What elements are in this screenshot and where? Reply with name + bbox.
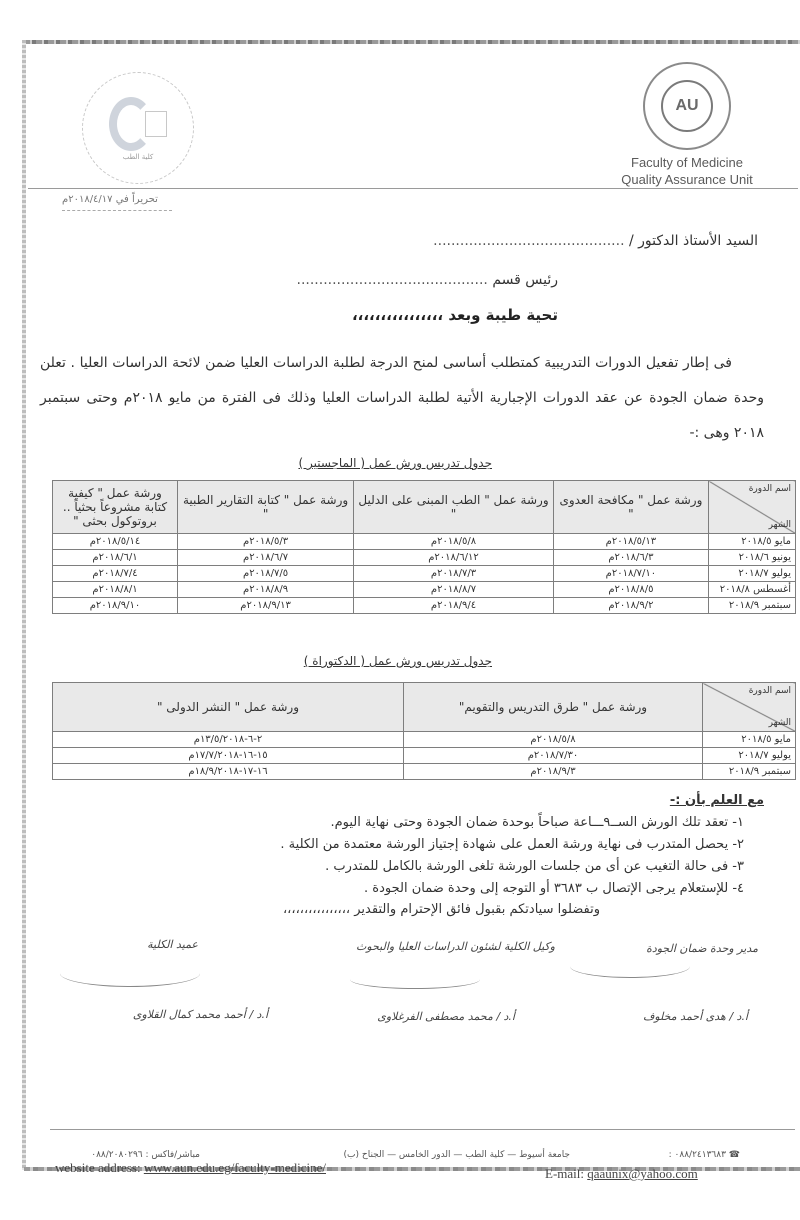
date-cell: ١٥-١٦-١٧/٧/٢٠١٨م [53,748,404,764]
date-cell: ٢٠١٨/٩/٤م [354,598,554,614]
date-cell: ٢٠١٨/٩/٣م [404,764,703,780]
footer-divider [50,1129,795,1130]
month-cell: مايو ٢٠١٨/٥ [703,732,796,748]
month-cell: يوليو ٢٠١٨/٧ [709,566,796,582]
faculty-seal-label: كلية الطب [83,153,193,161]
table-row: أغسطس ٢٠١٨/٨ ٢٠١٨/٨/٥م ٢٠١٨/٨/٧م ٢٠١٨/٨/… [53,582,796,598]
date-cell: ٢٠١٨/٧/٣م [354,566,554,582]
header-divider [28,188,798,189]
salutation: السيد الأستاذ الدكتور / ................… [433,233,758,249]
doctorate-schedule-table: اسم الدورة الشهر ورشة عمل " طرق التدريس … [52,682,796,780]
date-cell: ٢٠١٨/٧/٤م [53,566,178,582]
date-underline [62,210,172,211]
website-label: website address: [55,1160,141,1175]
column-header: ورشة عمل " النشر الدولى " [53,683,404,732]
salutation-text: السيد الأستاذ الدكتور / [629,233,758,249]
au-seal-icon: AU [643,62,731,150]
month-cell: مايو ٢٠١٨/٥ [709,534,796,550]
note-item: ٤- للإستعلام يرجى الإتصال ب ٣٦٨٣ أو التو… [150,878,744,900]
date-cell: ٢٠١٨/٧/٣٠م [404,748,703,764]
signature-title-vice-dean: وكيل الكلية لشئون الدراسات العليا والبحو… [356,940,555,953]
corner-month-label: الشهر [769,520,791,530]
date-cell: ٢٠١٨/٨/٧م [354,582,554,598]
date-cell: ٢-٦-١٣/٥/٢٠١٨م [53,732,404,748]
email-link[interactable]: qaaunix@yahoo.com [587,1166,698,1181]
signature-scribble [570,955,690,978]
salutation-blank: ........................................… [433,233,624,249]
building-icon [145,111,167,137]
note-item: ١- تعقد تلك الورش الســ٩ـــاعة صباحاً بو… [150,812,744,834]
footer-phone: ☎ ٠٨٨/٢٤١٣٦٨٣ : [669,1150,740,1160]
column-header: ورشة عمل " طرق التدريس والتقويم" [404,683,703,732]
page-border-top [24,40,800,44]
letter-body-text: فى إطار تفعيل الدورات التدريبية كمتطلب أ… [40,346,764,451]
signature-scribble [60,960,200,987]
table-row: مايو ٢٠١٨/٥ ٢٠١٨/٥/١٣م ٢٠١٨/٥/٨م ٢٠١٨/٥/… [53,534,796,550]
greeting: تحية طيبة وبعد ،،،،،،،،،،،،،،،، [352,306,558,324]
faculty-seal-logo: كلية الطب [82,72,194,184]
date-cell: ٢٠١٨/٧/١٠م [553,566,708,582]
date-cell: ٢٠١٨/٩/١٣م [178,598,354,614]
date-cell: ٢٠١٨/٨/١م [53,582,178,598]
date-cell: ٢٠١٨/٥/١٤م [53,534,178,550]
institution-line-1: Faculty of Medicine [608,154,766,171]
signature-title-qa-director: مدير وحدة ضمان الجودة [646,942,758,955]
university-logo-block: AU Faculty of Medicine Quality Assurance… [608,62,766,188]
column-header: ورشة عمل " مكافحة العدوى " [553,481,708,534]
date-cell: ٢٠١٨/٦/١م [53,550,178,566]
date-cell: ٢٠١٨/٥/١٣م [553,534,708,550]
corner-month-label: الشهر [769,718,791,728]
month-cell: أغسطس ٢٠١٨/٨ [709,582,796,598]
signature-title-dean: عميد الكلية [147,938,198,951]
page-border-left [22,40,26,1170]
footer-email: E-mail: qaaunix@yahoo.com [545,1166,698,1182]
date-cell: ٢٠١٨/٨/٥م [553,582,708,598]
email-label: E-mail: [545,1166,584,1181]
month-cell: سبتمبر ٢٠١٨/٩ [703,764,796,780]
department-line: رئيس قسم ...............................… [297,272,559,288]
table-row: سبتمبر ٢٠١٨/٩ ٢٠١٨/٩/٣م ١٦-١٧-١٨/٩/٢٠١٨م [53,764,796,780]
notes-section: مع العلم بأن :- ١- تعقد تلك الورش الســ٩… [150,790,764,900]
masters-schedule-table: اسم الدورة الشهر ورشة عمل " مكافحة العدو… [52,480,796,614]
phone-icon: ☎ [729,1150,740,1160]
corner-course-label: اسم الدورة [749,686,791,696]
month-cell: سبتمبر ٢٠١٨/٩ [709,598,796,614]
footer-address: جامعة أسيوط — كلية الطب — الدور الخامس —… [344,1150,570,1160]
date-cell: ٢٠١٨/٥/٨م [404,732,703,748]
date-cell: ٢٠١٨/٥/٨م [354,534,554,550]
date-cell: ٢٠١٨/٦/٧م [178,550,354,566]
date-cell: ٢٠١٨/٥/٣م [178,534,354,550]
footer-website: website address: www.aun.edu.eg/faculty-… [55,1160,326,1176]
date-cell: ٢٠١٨/٩/١٠م [53,598,178,614]
institution-line-2: Quality Assurance Unit [608,171,766,188]
website-link[interactable]: www.aun.edu.eg/faculty-medicine/ [144,1160,326,1175]
footer-phone-text: ٠٨٨/٢٤١٣٦٨٣ : [669,1150,726,1160]
column-header: ورشة عمل " كيفية كتابة مشروعاً بحثياً ..… [53,481,178,534]
table-row: سبتمبر ٢٠١٨/٩ ٢٠١٨/٩/٢م ٢٠١٨/٩/٤م ٢٠١٨/٩… [53,598,796,614]
closing-line: وتفضلوا سيادتكم بقبول فائق الإحترام والت… [283,902,600,917]
table-header-row: اسم الدورة الشهر ورشة عمل " طرق التدريس … [53,683,796,732]
date-cell: ٢٠١٨/٨/٩م [178,582,354,598]
date-cell: ٢٠١٨/٧/٥م [178,566,354,582]
signature-name-qa-director: أ.د / هدى أحمد مخلوف [643,1010,748,1023]
corner-course-label: اسم الدورة [749,484,791,494]
corner-header-cell: اسم الدورة الشهر [709,481,796,534]
doctorate-table-title: جدول تدريس ورش عمل ( الدكتوراة ) [304,654,492,668]
table-row: مايو ٢٠١٨/٥ ٢٠١٨/٥/٨م ٢-٦-١٣/٥/٢٠١٨م [53,732,796,748]
institution-name: Faculty of Medicine Quality Assurance Un… [608,154,766,188]
table-row: يوليو ٢٠١٨/٧ ٢٠١٨/٧/١٠م ٢٠١٨/٧/٣م ٢٠١٨/٧… [53,566,796,582]
au-seal-text: AU [675,97,698,115]
letter-body: فى إطار تفعيل الدورات التدريبية كمتطلب أ… [40,346,764,451]
note-item: ٢- يحصل المتدرب فى نهاية ورشة العمل على … [150,834,744,856]
month-cell: يوليو ٢٠١٨/٧ [703,748,796,764]
column-header: ورشة عمل " الطب المبنى على الدليل " [354,481,554,534]
table-row: يوليو ٢٠١٨/٧ ٢٠١٨/٧/٣٠م ١٥-١٦-١٧/٧/٢٠١٨م [53,748,796,764]
department-text: رئيس قسم [492,272,558,288]
department-blank: ........................................… [297,272,488,288]
month-cell: يونيو ٢٠١٨/٦ [709,550,796,566]
letter-date: تحريراً في ٢٠١٨/٤/١٧م [62,194,158,205]
footer-fax: مباشر/فاكس : ٠٨٨/٢٠٨٠٢٩٦ [91,1150,200,1160]
masters-table-title: جدول تدريس ورش عمل ( الماجستير ) [298,456,492,470]
column-header: ورشة عمل " كتابة التقارير الطبية " [178,481,354,534]
date-cell: ٢٠١٨/٦/٣م [553,550,708,566]
table-row: يونيو ٢٠١٨/٦ ٢٠١٨/٦/٣م ٢٠١٨/٦/١٢م ٢٠١٨/٦… [53,550,796,566]
date-cell: ٢٠١٨/٩/٢م [553,598,708,614]
signature-scribble [350,970,480,989]
note-item: ٣- فى حالة التغيب عن أى من جلسات الورشة … [150,856,744,878]
table-header-row: اسم الدورة الشهر ورشة عمل " مكافحة العدو… [53,481,796,534]
date-cell: ١٦-١٧-١٨/٩/٢٠١٨م [53,764,404,780]
notes-heading: مع العلم بأن :- [150,790,764,812]
date-cell: ٢٠١٨/٦/١٢م [354,550,554,566]
signature-name-dean: أ.د / أحمد محمد كمال القلاوى [133,1008,268,1021]
corner-header-cell: اسم الدورة الشهر [703,683,796,732]
signature-name-vice-dean: أ.د / محمد مصطفى الفرغلاوى [377,1010,515,1023]
